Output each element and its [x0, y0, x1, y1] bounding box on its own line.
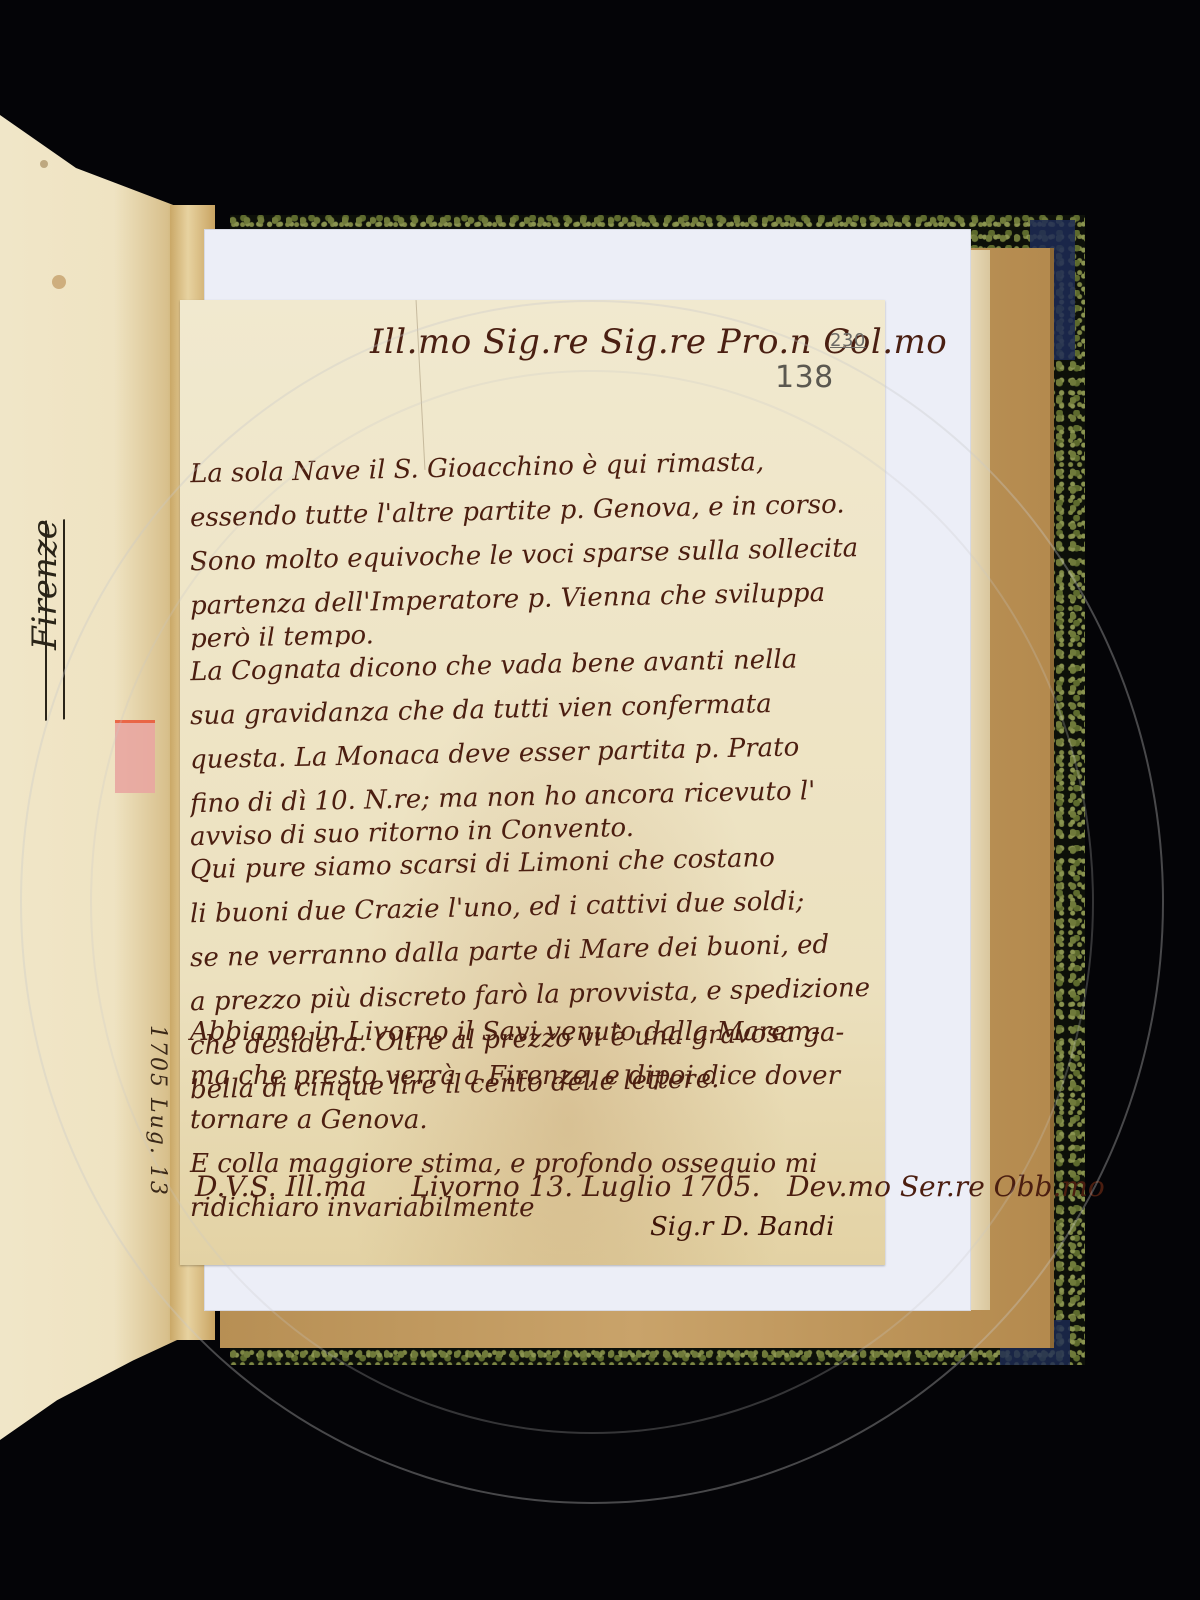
dateline: D.V.S. Ill.ma Livorno 13. Luglio 1705. D…	[195, 1170, 1105, 1203]
addressee-abbrev: D.V.S. Ill.ma	[195, 1170, 367, 1203]
body-line: tornare a Genova.	[190, 1098, 880, 1142]
signature: Sig.r D. Bandi	[650, 1212, 835, 1242]
document-photo: Firenze 1705 Lug. 13 Ill.mo Sig.re Sig.r…	[0, 0, 1200, 1600]
foxing-spot	[52, 275, 66, 289]
body-line: ma che presto verrà a Firenze, e dipoi d…	[190, 1054, 880, 1098]
double-underline	[45, 519, 65, 720]
foxing-spot	[40, 160, 48, 168]
left-page-margin-note: 1705 Lug. 13	[130, 1025, 170, 1325]
place-date: Livorno 13. Luglio 1705.	[411, 1170, 760, 1203]
red-stamp	[115, 720, 155, 793]
letter-sheet: Ill.mo Sig.re Sig.re Pro.n Col.mo 138 23…	[180, 300, 885, 1265]
letter-body: La sola Nave il S. Gioacchino è qui rima…	[190, 445, 880, 1105]
body-line: Abbiamo in Livorno il Savi venuto dalla …	[190, 1010, 880, 1054]
archive-folio-number: 138	[775, 360, 834, 395]
archive-secondary-number: 230	[830, 330, 866, 351]
valediction: Dev.mo Ser.re Obb.mo	[787, 1170, 1105, 1203]
